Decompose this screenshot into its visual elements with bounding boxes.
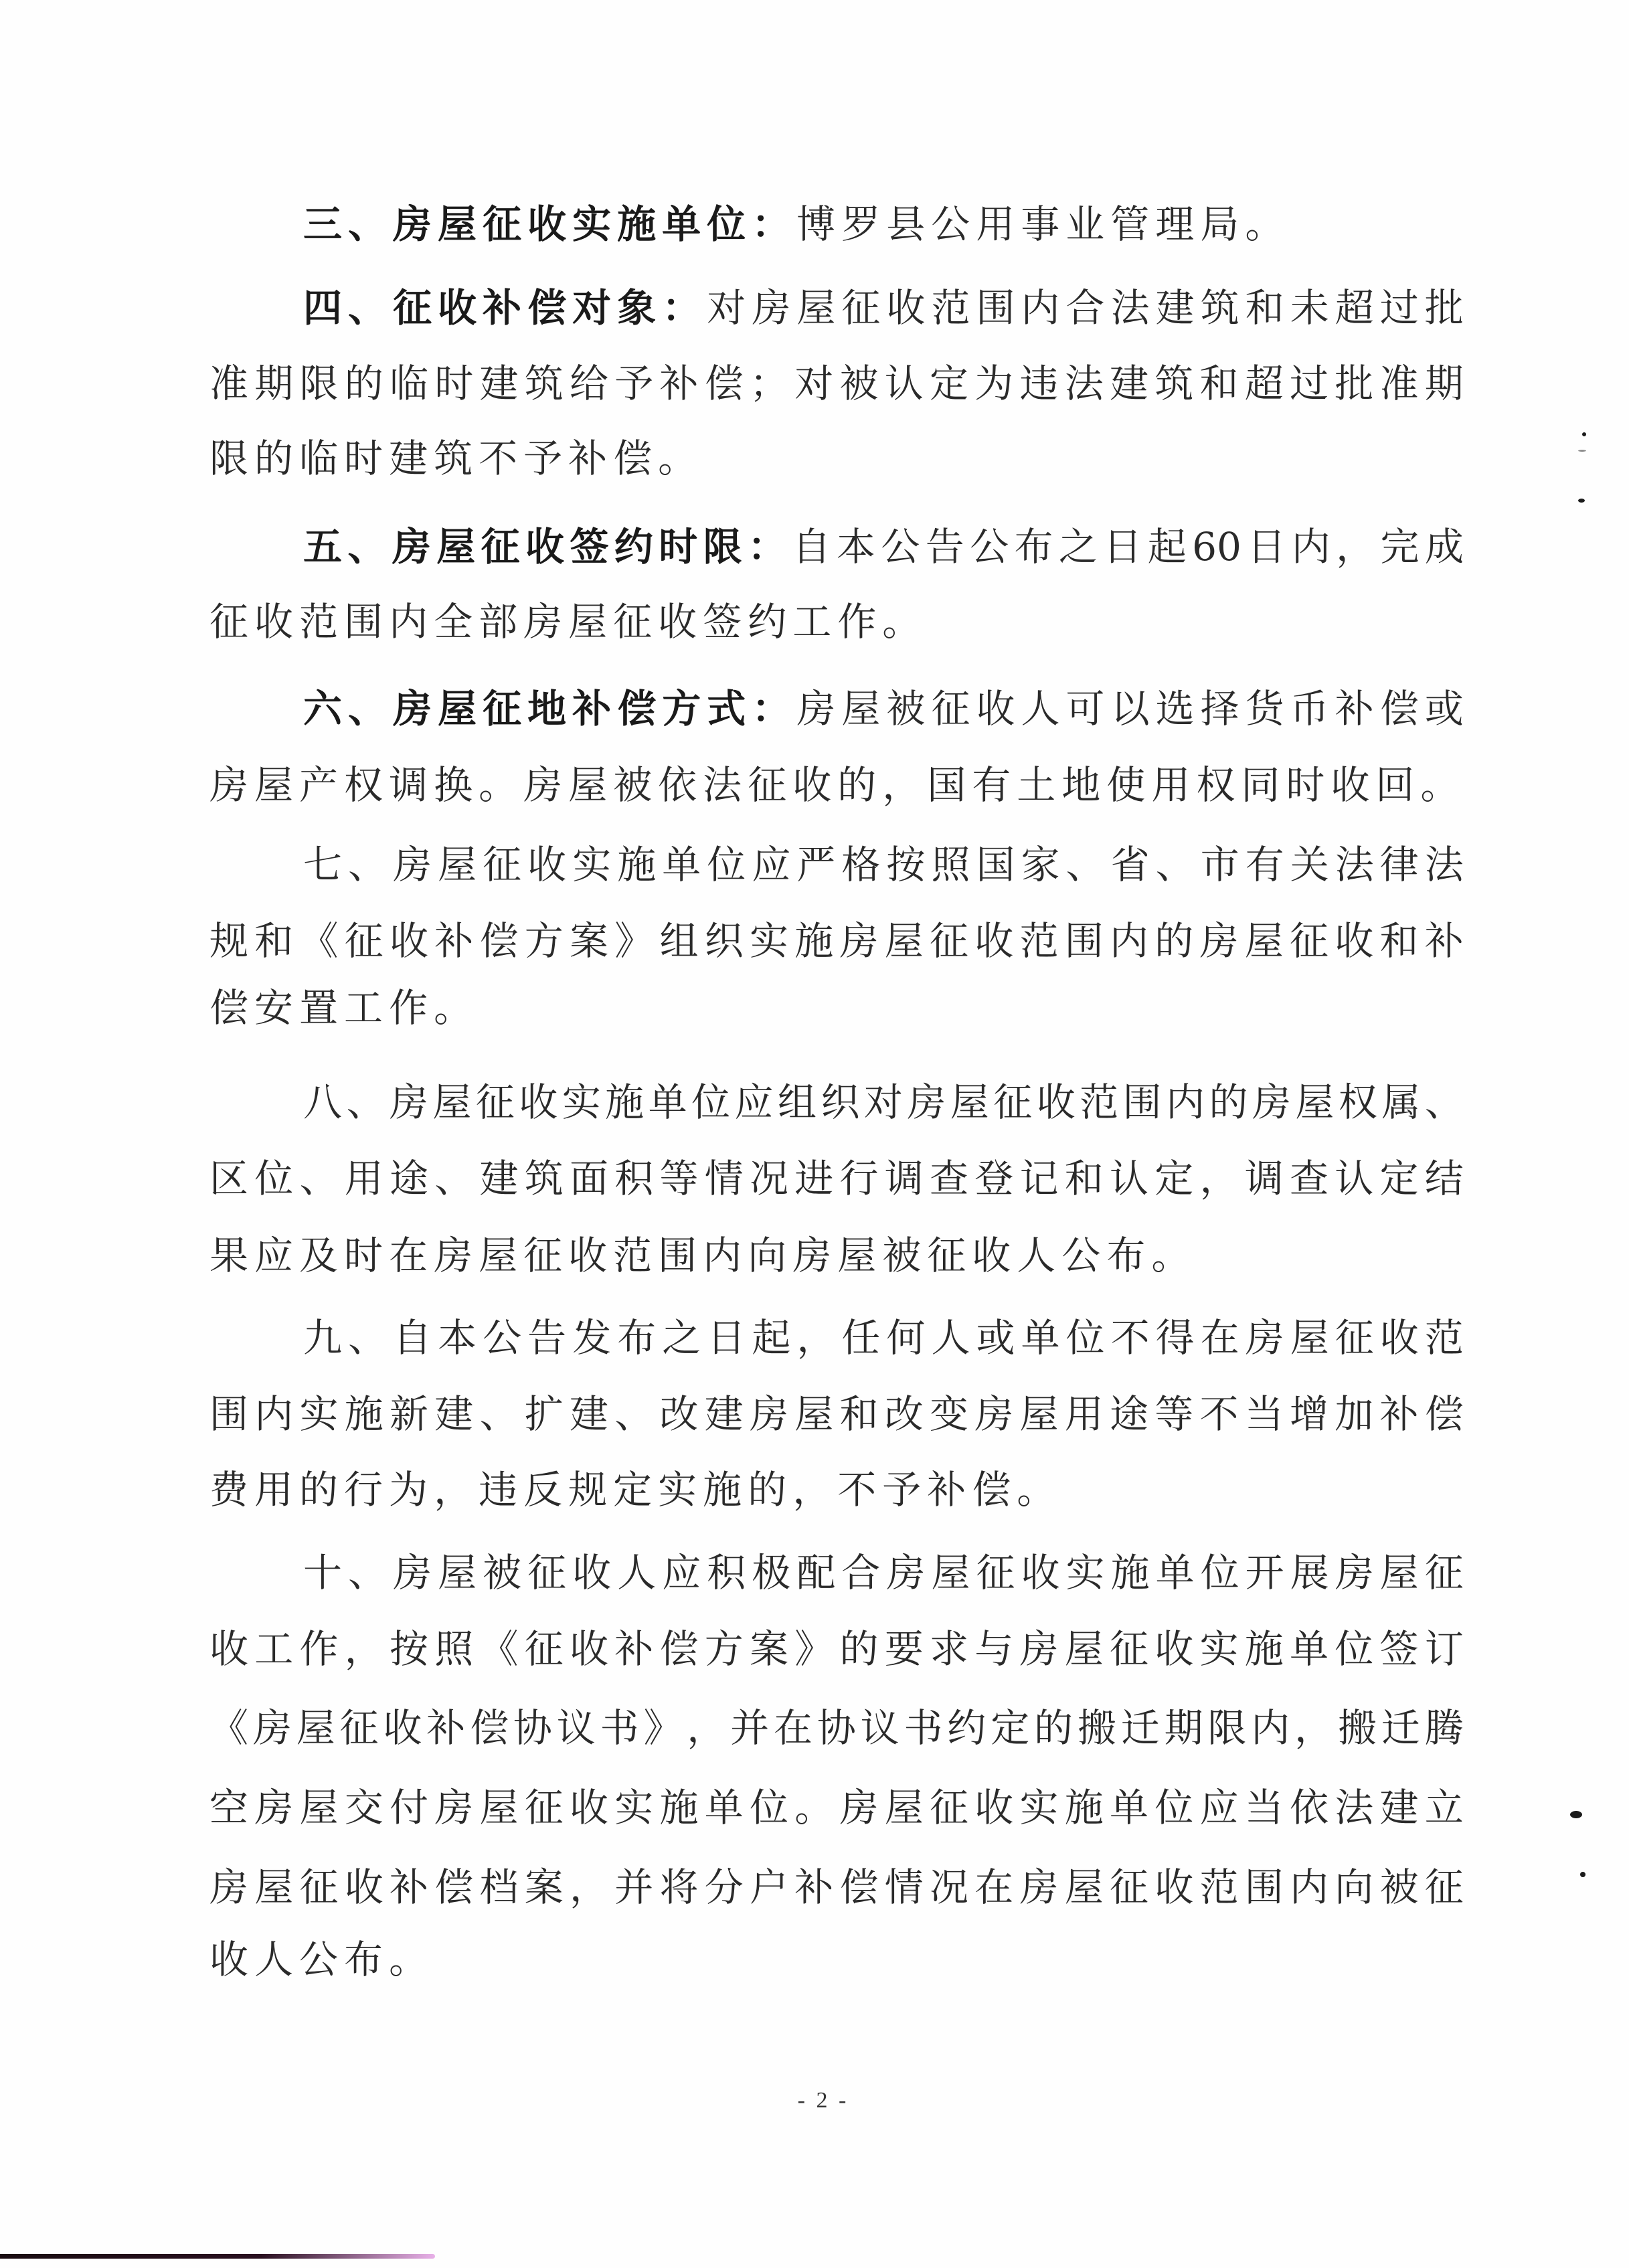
text-char: 搬: [1338, 1705, 1377, 1751]
text-char: 产: [299, 762, 338, 808]
text-char: 、: [348, 1314, 387, 1361]
text-char: 起: [752, 1314, 790, 1361]
text-char: 之: [1059, 523, 1098, 570]
heading-char: 房: [393, 201, 432, 248]
text-char: 位: [750, 1784, 788, 1831]
text-char: 用: [1151, 762, 1190, 808]
text-char: ，: [882, 762, 921, 808]
text-char: 内: [1166, 1079, 1205, 1126]
text-char: 选: [1156, 685, 1195, 732]
text-char: 收: [886, 284, 925, 331]
text-char: 家: [1021, 841, 1060, 888]
text-char: 组: [778, 1079, 817, 1126]
text-char: 、: [300, 1155, 339, 1202]
text-char: 房: [1200, 918, 1239, 964]
paragraph-nine-line-1: 九、自本公告发布之日起，任何人或单位不得在房屋征收范: [303, 1314, 1464, 1361]
text-char: 准: [1380, 360, 1419, 407]
text-char: 依: [1290, 1784, 1328, 1831]
text-char: 时: [344, 435, 383, 482]
heading-char: 征: [393, 284, 432, 331]
text-char: 屋: [1020, 1391, 1059, 1437]
text-char: 收: [568, 1232, 607, 1279]
text-char: 房: [1020, 1626, 1059, 1672]
paragraph-six-line-2: 房屋产权调换。房屋被依法征收的，国有土地使用权同时收回。: [209, 762, 1464, 808]
text-char: 反: [523, 1466, 562, 1513]
scan-edge-mark: [0, 2254, 435, 2259]
text-char: 市: [1201, 841, 1239, 888]
text-char: 偿: [209, 984, 248, 1031]
text-char: 施: [605, 1079, 644, 1126]
scan-speck: [1580, 1872, 1585, 1877]
text-char: 、: [614, 1391, 653, 1437]
text-char: 筑: [525, 360, 564, 407]
text-char: 协: [513, 1705, 552, 1751]
text-char: 偿: [613, 435, 652, 482]
text-char: 屋: [438, 1549, 477, 1596]
text-char: 收: [1335, 918, 1373, 964]
text-char: 有: [1246, 841, 1284, 888]
paragraph-ten-line-4: 空房屋交付房屋征收实施单位。房屋征收实施单位应当依法建立: [209, 1784, 1464, 1831]
text-char: 九: [303, 1314, 342, 1361]
text-char: 征: [930, 918, 968, 964]
text-char: 过: [1290, 360, 1328, 407]
text-char: 偿: [840, 1864, 879, 1911]
text-char: 定: [613, 1466, 652, 1513]
text-char: 的: [1209, 1079, 1248, 1126]
text-char: 偿: [972, 1466, 1011, 1513]
heading-char: 施: [617, 201, 656, 248]
text-char: 。: [794, 1784, 833, 1831]
paragraph-eight-line-2: 区位、用途、建筑面积等情况进行调查登记和认定，调查认定结: [209, 1155, 1464, 1202]
text-char: 法: [1335, 1784, 1373, 1831]
text-char: 作: [300, 1626, 339, 1672]
text-char: 约: [748, 598, 786, 645]
text-char: 何: [886, 1314, 925, 1361]
text-char: 同: [1241, 762, 1280, 808]
text-char: 的: [748, 1466, 786, 1513]
text-char: 查: [1290, 1155, 1328, 1202]
text-char: 议: [861, 1705, 899, 1751]
text-char: 收: [570, 1784, 608, 1831]
text-char: 定: [991, 1705, 1029, 1751]
text-char: 屋: [568, 598, 607, 645]
text-char: 理: [1155, 201, 1194, 248]
text-char: 收: [254, 598, 293, 645]
text-char: 规: [209, 918, 248, 964]
text-char: 积: [614, 1155, 653, 1202]
text-char: 房: [840, 1784, 879, 1831]
text-char: 位: [691, 1079, 730, 1126]
paragraph-six-line-1: 六、房屋征地补偿方式：房屋被征收人可以选择货币补偿或: [303, 685, 1464, 732]
text-char: 范: [1080, 1079, 1118, 1126]
text-char: 照: [434, 1626, 473, 1672]
heading-char: 补: [483, 284, 521, 331]
text-char: 布: [617, 1314, 656, 1361]
text-char: 和: [840, 1391, 879, 1437]
text-char: 及: [299, 1232, 338, 1279]
text-char: 屋: [1065, 1864, 1104, 1911]
text-char: 和: [1065, 1155, 1104, 1202]
text-char: 建: [434, 1391, 473, 1437]
text-char: 被: [1380, 1864, 1419, 1911]
heading-char: 地: [527, 685, 566, 732]
text-char: 任: [841, 1314, 880, 1361]
text-char: 公: [1061, 1232, 1100, 1279]
text-char: 收: [519, 1079, 558, 1126]
text-char: 补: [390, 1864, 428, 1911]
text-char: 权: [344, 762, 383, 808]
text-char: 围: [976, 284, 1015, 331]
text-char: 被: [882, 1232, 921, 1279]
text-char: 严: [796, 841, 835, 888]
text-char: 房: [434, 1784, 473, 1831]
heading-char: 收: [527, 201, 566, 248]
text-char: 征: [523, 1232, 562, 1279]
heading-char: 房: [393, 685, 432, 732]
heading-char: 单: [662, 201, 701, 248]
heading-char: 屋: [438, 201, 477, 248]
paragraph-nine-line-2: 围内实施新建、扩建、改建房屋和改变房屋用途等不当增加补偿: [209, 1391, 1464, 1437]
text-char: 。: [389, 1936, 428, 1983]
text-char: 要: [885, 1626, 924, 1672]
document-page: 三、房屋征收实施单位：博罗县公用事业管理局。四、征收补偿对象：对房屋征收范围内合…: [0, 0, 1629, 2268]
text-char: 事: [1021, 201, 1059, 248]
text-char: 征: [931, 685, 970, 732]
text-char: 被: [886, 685, 925, 732]
text-char: 。: [479, 762, 517, 808]
text-char: 围: [658, 1232, 697, 1279]
text-char: 公: [970, 523, 1009, 570]
text-char: 案: [570, 918, 608, 964]
heading-char: 对: [572, 284, 611, 331]
text-char: 不: [1200, 1391, 1239, 1437]
text-char: 补: [614, 1626, 653, 1672]
heading-char: 收: [438, 284, 477, 331]
text-char: 收: [1154, 1864, 1193, 1911]
heading-char: 征: [483, 201, 521, 248]
text-char: 被: [840, 360, 879, 407]
text-char: 房: [1246, 1314, 1284, 1361]
text-char: 收: [1021, 1549, 1060, 1596]
text-char: 施: [1065, 1784, 1104, 1831]
text-char: 人: [254, 1936, 293, 1983]
text-char: 房: [840, 918, 879, 964]
heading-char: 约: [614, 523, 653, 570]
text-char: 起: [1148, 523, 1187, 570]
text-char: 迁: [1381, 1705, 1420, 1751]
text-char: 况: [750, 1155, 788, 1202]
text-char: 认: [1335, 1155, 1373, 1202]
text-char: ，: [1294, 1705, 1333, 1751]
text-char: 围: [1123, 1079, 1162, 1126]
text-char: 给: [570, 360, 608, 407]
text-char: 腾: [1425, 1705, 1464, 1751]
text-char: 内: [389, 598, 428, 645]
text-char: 临: [390, 360, 428, 407]
paragraph-ten-line-2: 收工作，按照《征收补偿方案》的要求与房屋征收实施单位签订: [209, 1626, 1464, 1672]
text-char: 、: [346, 1079, 385, 1126]
text-char: 订: [1425, 1626, 1464, 1672]
text-char: 币: [1290, 685, 1329, 732]
text-char: 实: [658, 1466, 697, 1513]
text-char: 征: [993, 1079, 1032, 1126]
text-char: 增: [1290, 1391, 1328, 1437]
heading-char: 三: [303, 201, 342, 248]
paragraph-five-line-2: 征收范围内全部房屋征收签约工作。: [209, 598, 1464, 645]
text-char: 用: [1065, 1391, 1104, 1437]
text-char: 建: [389, 435, 428, 482]
text-char: 工: [792, 598, 831, 645]
text-char: 将: [660, 1864, 699, 1911]
text-char: 偿: [705, 360, 744, 407]
text-char: 并: [614, 1864, 653, 1911]
text-char: 房: [434, 1232, 473, 1279]
text-char: 建: [705, 1391, 744, 1437]
text-char: 违: [1020, 360, 1059, 407]
text-char: 律: [1380, 841, 1419, 888]
text-char: 回: [1375, 762, 1414, 808]
text-char: 偿: [434, 1864, 473, 1911]
text-char: 批: [1335, 360, 1373, 407]
text-char: 方: [705, 1626, 744, 1672]
text-char: 扩: [525, 1391, 564, 1437]
text-char: 屋: [1065, 1626, 1104, 1672]
text-char: 单: [1021, 1314, 1060, 1361]
text-char: 房: [750, 1391, 788, 1437]
text-char: 《: [209, 1705, 248, 1751]
text-char: 并: [730, 1705, 769, 1751]
text-char: 施: [1111, 1549, 1150, 1596]
text-char: 换: [434, 762, 473, 808]
text-char: 围: [344, 598, 383, 645]
text-char: 时: [434, 360, 473, 407]
text-char: 本: [837, 523, 875, 570]
text-char: 对: [707, 284, 746, 331]
text-char: ；: [750, 360, 788, 407]
text-char: 地: [1061, 762, 1100, 808]
text-char: 房: [390, 1079, 428, 1126]
text-char: 的: [345, 360, 383, 407]
text-char: 、: [348, 1549, 387, 1596]
text-char: 可: [1066, 685, 1105, 732]
text-char: 征: [976, 1549, 1015, 1596]
text-char: 管: [1110, 201, 1149, 248]
text-char: 省: [1111, 841, 1150, 888]
text-char: 的: [1154, 918, 1193, 964]
text-char: 屋: [438, 841, 477, 888]
text-char: 范: [1425, 1314, 1464, 1361]
text-char: 建: [1380, 1784, 1419, 1831]
text-char: 之: [662, 1314, 701, 1361]
heading-char: 限: [703, 523, 742, 570]
text-char: 积: [707, 1549, 746, 1596]
scan-speck: [1578, 450, 1586, 452]
text-char: 收: [209, 1626, 248, 1672]
text-char: 组: [660, 918, 699, 964]
text-char: 八: [303, 1079, 342, 1126]
text-char: 房: [393, 1549, 432, 1596]
text-char: 位: [254, 1155, 293, 1202]
text-char: 范: [299, 598, 338, 645]
text-char: 内: [703, 1232, 742, 1279]
text-char: 工: [254, 1626, 293, 1672]
text-char: 收: [1380, 1314, 1419, 1361]
text-char: 征: [476, 1079, 515, 1126]
text-char: 以: [1111, 685, 1150, 732]
text-char: 实: [750, 918, 788, 964]
text-char: 施: [1245, 1626, 1284, 1672]
text-char: 有: [972, 762, 1011, 808]
text-char: 筑: [1201, 284, 1239, 331]
text-char: 业: [1065, 201, 1104, 248]
text-char: 征: [1425, 1864, 1464, 1911]
text-char: 罗: [841, 201, 880, 248]
text-char: 、: [1066, 841, 1105, 888]
text-char: 房: [792, 1232, 831, 1279]
text-char: 位: [1335, 1626, 1373, 1672]
text-char: 《: [300, 918, 339, 964]
text-char: 、: [434, 1155, 473, 1202]
text-char: 为: [974, 360, 1013, 407]
text-char: 屋: [1380, 1549, 1419, 1596]
text-char: 使: [1106, 762, 1145, 808]
text-char: 房: [1020, 1864, 1059, 1911]
text-char: 施: [703, 1466, 742, 1513]
text-char: 实: [1020, 1784, 1059, 1831]
text-char: 补: [434, 918, 473, 964]
paragraph-eight-line-3: 果应及时在房屋征收范围内向房屋被征收人公布。: [209, 1232, 1464, 1279]
text-char: ，: [796, 1314, 835, 1361]
text-char: 违: [479, 1466, 517, 1513]
text-char: 县: [886, 201, 925, 248]
text-char: 被: [613, 762, 652, 808]
text-char: 收: [1154, 1626, 1193, 1672]
text-char: 照: [931, 841, 970, 888]
heading-char: 四: [303, 284, 342, 331]
scan-speck: [1578, 499, 1585, 503]
text-char: 屋: [885, 1784, 924, 1831]
text-char: 补: [794, 1864, 833, 1911]
text-char: 展: [1290, 1549, 1329, 1596]
paragraph-eight-line-1: 八、房屋征收实施单位应组织对房屋征收范围内的房屋权属、: [303, 1079, 1464, 1126]
text-char: 权: [1196, 762, 1235, 808]
text-char: 费: [209, 1466, 248, 1513]
text-char: 人: [931, 1314, 970, 1361]
text-char: 改: [660, 1391, 699, 1437]
text-char: 。: [882, 598, 921, 645]
text-char: 。: [1420, 762, 1459, 808]
text-char: 货: [1246, 685, 1284, 732]
text-char: 或: [976, 1314, 1015, 1361]
text-char: 位: [1066, 1314, 1105, 1361]
text-char: 配: [796, 1549, 835, 1596]
text-char: 签: [703, 598, 742, 645]
text-char: 房: [752, 284, 790, 331]
text-char: 加: [1335, 1391, 1373, 1437]
text-char: 屋: [1245, 918, 1284, 964]
text-char: 的: [840, 1626, 879, 1672]
text-char: 实: [614, 1784, 653, 1831]
heading-char: 屋: [436, 523, 475, 570]
text-char: 为: [389, 1466, 428, 1513]
text-char: 内: [254, 1391, 293, 1437]
heading-char: 屋: [438, 685, 477, 732]
text-char: 果: [209, 1232, 248, 1279]
text-char: 围: [1245, 1864, 1284, 1911]
text-char: 变: [930, 1391, 968, 1437]
text-char: 户: [750, 1864, 788, 1911]
text-char: 。: [1151, 1232, 1190, 1279]
text-char: 范: [931, 284, 970, 331]
text-char: 围: [209, 1391, 248, 1437]
text-char: 人: [1021, 685, 1060, 732]
text-char: 在: [389, 1232, 428, 1279]
text-char: 不: [479, 435, 517, 482]
text-char: 空: [209, 1784, 248, 1831]
text-char: 。: [658, 435, 697, 482]
text-char: 和: [1200, 360, 1239, 407]
text-char: 公: [931, 201, 970, 248]
text-char: 》: [643, 1705, 682, 1751]
text-char: 对: [794, 360, 833, 407]
text-char: 单: [662, 841, 701, 888]
text-char: 房: [254, 1784, 293, 1831]
text-char: 告: [926, 523, 964, 570]
text-char: 屋: [480, 1784, 519, 1831]
text-char: 征: [1110, 1864, 1148, 1911]
text-char: 协: [817, 1705, 856, 1751]
text-char: 征: [525, 1784, 564, 1831]
paragraph-four-line-2: 准期限的临时建筑给予补偿；对被认定为违法建筑和超过批准期: [209, 360, 1464, 407]
text-char: 部: [479, 598, 517, 645]
text-char: 不: [837, 1466, 876, 1513]
text-char: 房: [393, 841, 432, 888]
text-char: 收: [974, 1784, 1013, 1831]
text-char: 施: [794, 918, 833, 964]
text-char: 立: [1425, 1784, 1464, 1831]
text-char: 布: [344, 1936, 383, 1983]
text-char: ，: [570, 1864, 608, 1911]
text-char: 偿: [470, 1705, 509, 1751]
text-char: 日: [1247, 523, 1286, 570]
heading-char: 偿: [527, 284, 566, 331]
text-char: 、: [480, 1391, 519, 1437]
text-char: 调: [1245, 1155, 1284, 1202]
text-char: ，: [1336, 523, 1375, 570]
text-char: 。: [434, 984, 473, 1031]
text-char: 实: [562, 1079, 601, 1126]
text-char: 实: [572, 841, 611, 888]
text-char: 法: [1335, 841, 1374, 888]
text-char: 完: [1381, 523, 1420, 570]
text-char: 屋: [841, 685, 880, 732]
heading-char: 实: [572, 201, 611, 248]
text-char: 和: [1380, 918, 1419, 964]
text-char: 偿: [660, 1626, 699, 1672]
scan-speck: [1582, 432, 1586, 436]
scan-speck: [1570, 1811, 1582, 1818]
text-char: 法: [1111, 284, 1150, 331]
text-char: 屋: [479, 1232, 517, 1279]
text-char: 实: [300, 1391, 339, 1437]
text-char: 补: [1425, 918, 1464, 964]
text-char: 屋: [931, 1549, 970, 1596]
text-char: 定: [930, 360, 968, 407]
text-char: 用: [254, 1466, 293, 1513]
text-char: 房: [209, 1864, 248, 1911]
text-char: 行: [344, 1466, 383, 1513]
text-char: 收: [390, 918, 428, 964]
